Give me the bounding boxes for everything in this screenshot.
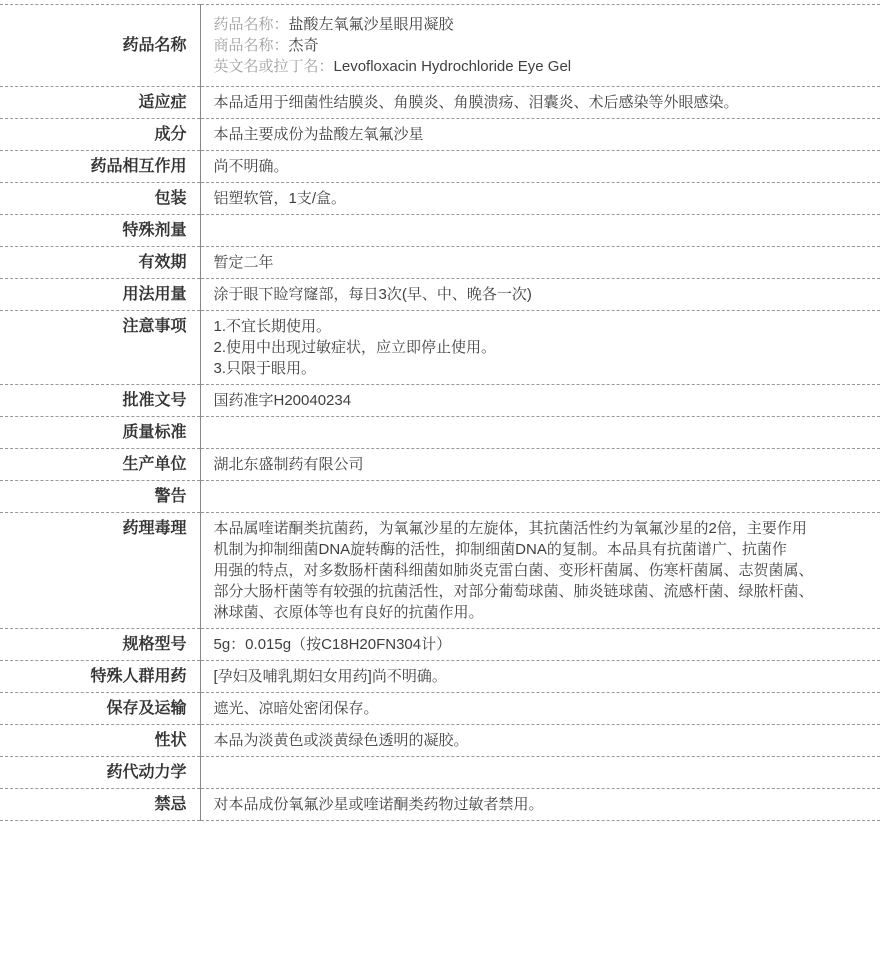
value-line: 淋球菌、衣原体等也有良好的抗菌作用。 [214,602,871,623]
sub-entry-value: Levofloxacin Hydrochloride Eye Gel [334,58,572,75]
row-label: 保存及运输 [0,693,200,725]
row-label: 注意事项 [0,311,200,385]
value-line: 机制为抑制细菌DNA旋转酶的活性，抑制细菌DNA的复制。本品具有抗菌谱广、抗菌作 [214,539,871,560]
row-value: 5g：0.015g（按C18H20FN304计） [200,629,880,661]
row-value [200,481,880,513]
table-body: 药品名称药品名称：盐酸左氧氟沙星眼用凝胶商品名称：杰奇英文名或拉丁名：Levof… [0,5,880,821]
sub-entry-value: 盐酸左氧氟沙星眼用凝胶 [289,16,454,33]
table-row-indications: 适应症本品适用于细菌性结膜炎、角膜炎、角膜溃疡、泪囊炎、术后感染等外眼感染。 [0,87,880,119]
row-label: 药品名称 [0,5,200,87]
table-row-contraindications: 禁忌对本品成份氧氟沙星或喹诺酮类药物过敏者禁用。 [0,789,880,821]
row-label: 特殊人群用药 [0,661,200,693]
value-line: 3.只限于眼用。 [214,358,871,379]
row-value: 铝塑软管，1支/盒。 [200,183,880,215]
table-row-drug-name: 药品名称药品名称：盐酸左氧氟沙星眼用凝胶商品名称：杰奇英文名或拉丁名：Levof… [0,5,880,87]
row-label: 药理毒理 [0,513,200,629]
row-label: 有效期 [0,247,200,279]
row-value [200,215,880,247]
row-label: 生产单位 [0,449,200,481]
table-row-manufacturer: 生产单位湖北东盛制药有限公司 [0,449,880,481]
row-label: 特殊剂量 [0,215,200,247]
row-value: 遮光、凉暗处密闭保存。 [200,693,880,725]
table-row-specification: 规格型号5g：0.015g（按C18H20FN304计） [0,629,880,661]
sub-entry: 商品名称：杰奇 [214,35,871,56]
row-label: 性状 [0,725,200,757]
row-label: 质量标准 [0,417,200,449]
row-value: 1.不宜长期使用。2.使用中出现过敏症状，应立即停止使用。3.只限于眼用。 [200,311,880,385]
table-row-ingredients: 成分本品主要成份为盐酸左氧氟沙星 [0,119,880,151]
value-line: 部分大肠杆菌等有较强的抗菌活性，对部分葡萄球菌、肺炎链球菌、流感杆菌、绿脓杆菌、 [214,581,871,602]
row-value: 本品为淡黄色或淡黄绿色透明的凝胶。 [200,725,880,757]
sub-entry-label: 药品名称： [214,16,289,33]
table-row-quality-standard: 质量标准 [0,417,880,449]
row-label: 用法用量 [0,279,200,311]
row-value: 尚不明确。 [200,151,880,183]
sub-entry: 药品名称：盐酸左氧氟沙星眼用凝胶 [214,14,871,35]
table-row-precautions: 注意事项1.不宜长期使用。2.使用中出现过敏症状，应立即停止使用。3.只限于眼用… [0,311,880,385]
row-value [200,757,880,789]
table-row-warning: 警告 [0,481,880,513]
row-label: 批准文号 [0,385,200,417]
sub-entry-label: 英文名或拉丁名： [214,58,334,75]
value-line: 2.使用中出现过敏症状，应立即停止使用。 [214,337,871,358]
row-label: 规格型号 [0,629,200,661]
row-label: 成分 [0,119,200,151]
row-label: 适应症 [0,87,200,119]
row-label: 警告 [0,481,200,513]
row-label: 药代动力学 [0,757,200,789]
row-label: 药品相互作用 [0,151,200,183]
value-line: 用强的特点，对多数肠杆菌科细菌如肺炎克雷白菌、变形杆菌属、伤寒杆菌属、志贺菌属、 [214,560,871,581]
table-row-description: 性状本品为淡黄色或淡黄绿色透明的凝胶。 [0,725,880,757]
table-row-special-populations: 特殊人群用药[孕妇及哺乳期妇女用药]尚不明确。 [0,661,880,693]
row-value: 国药准字H20040234 [200,385,880,417]
row-value: [孕妇及哺乳期妇女用药]尚不明确。 [200,661,880,693]
row-value: 涂于眼下睑穹窿部，每日3次(早、中、晚各一次) [200,279,880,311]
table-row-special-dosage: 特殊剂量 [0,215,880,247]
table-row-pharmacokinetics: 药代动力学 [0,757,880,789]
row-value: 本品属喹诺酮类抗菌药，为氧氟沙星的左旋体，其抗菌活性约为氧氟沙星的2倍，主要作用… [200,513,880,629]
table-row-validity: 有效期暂定二年 [0,247,880,279]
table-row-usage-dosage: 用法用量涂于眼下睑穹窿部，每日3次(早、中、晚各一次) [0,279,880,311]
drug-info-table: 药品名称药品名称：盐酸左氧氟沙星眼用凝胶商品名称：杰奇英文名或拉丁名：Levof… [0,4,880,821]
table-row-storage-transport: 保存及运输遮光、凉暗处密闭保存。 [0,693,880,725]
row-label: 禁忌 [0,789,200,821]
table-row-pharmacology: 药理毒理本品属喹诺酮类抗菌药，为氧氟沙星的左旋体，其抗菌活性约为氧氟沙星的2倍，… [0,513,880,629]
row-value: 湖北东盛制药有限公司 [200,449,880,481]
row-value [200,417,880,449]
table-row-approval-number: 批准文号国药准字H20040234 [0,385,880,417]
row-value: 药品名称：盐酸左氧氟沙星眼用凝胶商品名称：杰奇英文名或拉丁名：Levofloxa… [200,5,880,87]
value-line: 本品属喹诺酮类抗菌药，为氧氟沙星的左旋体，其抗菌活性约为氧氟沙星的2倍，主要作用 [214,518,871,539]
table-row-interactions: 药品相互作用尚不明确。 [0,151,880,183]
sub-entry-label: 商品名称： [214,37,289,54]
table-row-packaging: 包装铝塑软管，1支/盒。 [0,183,880,215]
row-label: 包装 [0,183,200,215]
drug-info-page: 药品名称药品名称：盐酸左氧氟沙星眼用凝胶商品名称：杰奇英文名或拉丁名：Levof… [0,0,880,821]
sub-entry-value: 杰奇 [289,37,319,54]
row-value: 本品主要成份为盐酸左氧氟沙星 [200,119,880,151]
sub-entry: 英文名或拉丁名：Levofloxacin Hydrochloride Eye G… [214,56,871,77]
value-line: 1.不宜长期使用。 [214,316,871,337]
row-value: 对本品成份氧氟沙星或喹诺酮类药物过敏者禁用。 [200,789,880,821]
row-value: 暂定二年 [200,247,880,279]
row-value: 本品适用于细菌性结膜炎、角膜炎、角膜溃疡、泪囊炎、术后感染等外眼感染。 [200,87,880,119]
